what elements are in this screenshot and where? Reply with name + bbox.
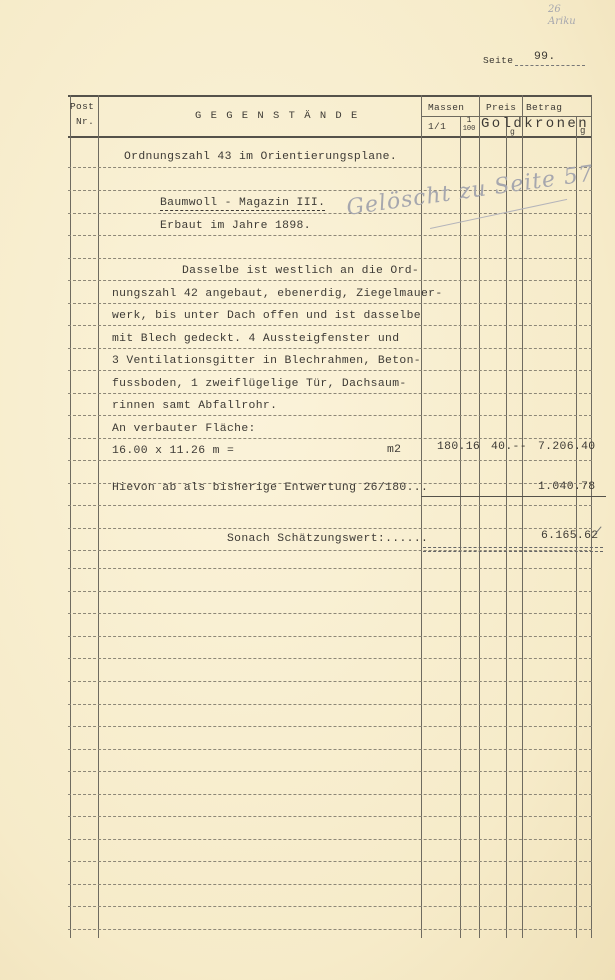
col-right-border (591, 95, 592, 938)
row-text: nungszahl 42 angebaut, ebenerdig, Ziegel… (112, 287, 443, 301)
fraction-numerator: 1 (462, 116, 476, 125)
pencil-note-line-2: Ariku (548, 16, 576, 28)
rule-line (68, 681, 592, 682)
row-text: mit Blech gedeckt. 4 Aussteigfenster und (112, 332, 399, 346)
row-text: 3 Ventilationsgitter in Blechrahmen, Bet… (112, 354, 421, 368)
pencil-margin-note: 26 Ariku (548, 4, 576, 28)
header-g-preis: g (510, 126, 515, 140)
col-betrag-g-divider (576, 116, 577, 938)
header-post: Post (70, 100, 94, 114)
rule-line (68, 505, 592, 506)
row-text: fussboden, 1 zweiflügelige Tür, Dachsaum… (112, 377, 407, 391)
rule-line (68, 415, 592, 416)
row-massen-value: 180.16 (437, 440, 480, 454)
col-post-divider (98, 95, 99, 938)
row-text-total: Sonach Schätzungswert:...... (227, 532, 428, 546)
col-massen-100-divider (460, 116, 461, 938)
rule-line (68, 658, 592, 659)
row-text: 16.00 x 11.26 m = (112, 444, 234, 458)
rule-line (68, 568, 592, 569)
header-massen-1-100: 1 100 (462, 116, 476, 134)
rule-line (68, 213, 592, 214)
row-text: Dasselbe ist westlich an die Ord- (182, 264, 419, 278)
row-text-heading: Baumwoll - Magazin III. (160, 196, 325, 211)
page-number: 99. (534, 50, 556, 64)
rule-line (68, 235, 592, 236)
rule-line (68, 929, 592, 930)
row-text: rinnen samt Abfallrohr. (112, 399, 277, 413)
header-currency-goldkronen: Goldkronen (481, 117, 589, 131)
pencil-note-line-1: 26 (548, 4, 576, 16)
col-betrag-divider (522, 95, 523, 938)
rule-line (68, 258, 592, 259)
rule-line (68, 348, 592, 349)
rule-line (68, 370, 592, 371)
pencil-annotation: Gelöscht zu Seite 57 (345, 161, 595, 220)
page-number-underline (515, 65, 585, 66)
row-text: An verbauter Fläche: (112, 422, 256, 436)
header-betrag: Betrag (526, 101, 562, 115)
row-betrag-total: 6.165.62 (541, 529, 598, 543)
rule-line (68, 884, 592, 885)
rule-line (68, 393, 592, 394)
page-label: Seite (483, 54, 513, 68)
col-preis-g-divider (506, 116, 507, 938)
rule-line (68, 167, 592, 168)
table-top-border (68, 95, 592, 97)
subtotal-rule (421, 496, 606, 497)
rule-line (68, 771, 592, 772)
col-left-border (70, 95, 71, 938)
rule-line (68, 816, 592, 817)
rule-line (68, 325, 592, 326)
row-text: Ordnungszahl 43 im Orientierungsplane. (124, 150, 397, 164)
rule-line (68, 704, 592, 705)
total-double-rule (423, 547, 603, 552)
rule-line (68, 528, 592, 529)
rule-line (68, 438, 592, 439)
rule-line (68, 726, 592, 727)
fraction-denominator: 100 (462, 125, 476, 134)
header-g-betrag: g (580, 124, 586, 138)
header-nr: Nr. (76, 115, 94, 129)
rule-line (68, 839, 592, 840)
header-massen-1-1: 1/1 (428, 120, 446, 134)
rule-line (68, 460, 592, 461)
row-text: Hievon ab als bisherige Entwertung 26/18… (112, 481, 428, 495)
header-gegenstaende: G E G E N S T Ä N D E (195, 109, 359, 123)
row-text: Erbaut im Jahre 1898. (160, 219, 311, 233)
row-unit: m2 (387, 443, 401, 457)
row-betrag-value: 7.206.40 (538, 440, 595, 454)
rule-line (68, 591, 592, 592)
col-preis-divider (479, 95, 480, 938)
rule-line (68, 613, 592, 614)
header-massen: Massen (428, 101, 464, 115)
row-text: werk, bis unter Dach offen und ist dasse… (112, 309, 421, 323)
rule-line (68, 906, 592, 907)
rule-line (68, 303, 592, 304)
rule-line (68, 280, 592, 281)
header-preis: Preis (486, 101, 516, 115)
rule-line (68, 861, 592, 862)
col-massen-divider (421, 95, 422, 938)
rule-line (68, 636, 592, 637)
rule-line (68, 749, 592, 750)
rule-line (68, 794, 592, 795)
row-betrag-value: 1.040.78 (538, 480, 595, 494)
row-preis-value: 40.-- (491, 440, 527, 454)
